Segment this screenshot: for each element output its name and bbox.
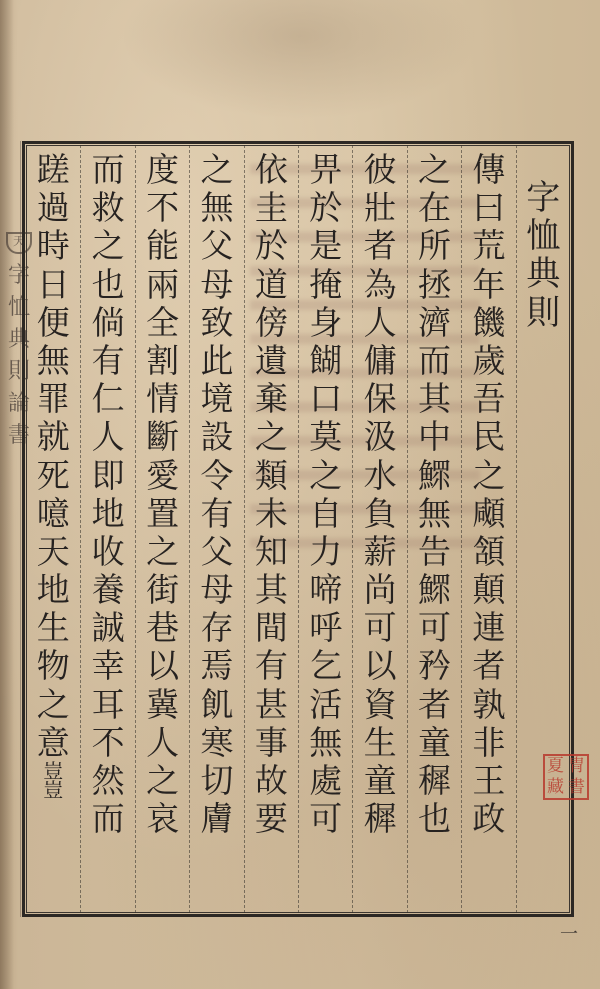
text-char: 顑 xyxy=(472,495,505,533)
text-char: 於 xyxy=(255,227,288,265)
text-char: 無 xyxy=(200,189,233,227)
text-char: 也 xyxy=(92,266,125,304)
spine-shadow xyxy=(0,0,14,989)
water-stain xyxy=(120,0,480,120)
text-char: 日 xyxy=(37,266,70,304)
text-column: 彼壯者為人傭保汲水負薪尚可以資生童穉 xyxy=(352,145,406,913)
text-char: 幸 xyxy=(92,647,125,685)
text-columns: 字恤典則傳曰荒年饑歲吾民之顑頷顛連者孰非王政之在所拯濟而其中鰥無告鰥可矜者童穉也… xyxy=(26,145,570,913)
text-char: 母 xyxy=(200,571,233,609)
text-char: 保 xyxy=(364,380,397,418)
text-char: 仁 xyxy=(92,380,125,418)
seal-char: 書 xyxy=(566,777,587,798)
text-char: 身 xyxy=(309,304,342,342)
text-char: 便 xyxy=(37,304,70,342)
text-char: 地 xyxy=(37,571,70,609)
text-char: 以 xyxy=(364,647,397,685)
text-char: 在 xyxy=(418,189,451,227)
text-char: 無 xyxy=(418,495,451,533)
text-char: 啼 xyxy=(309,571,342,609)
text-char: 死 xyxy=(37,457,70,495)
text-char: 汲 xyxy=(364,418,397,456)
text-char: 生 xyxy=(364,724,397,762)
text-char: 歲 xyxy=(472,342,505,380)
text-char: 類 xyxy=(255,457,288,495)
text-char: 而 xyxy=(418,342,451,380)
text-char: 有 xyxy=(92,342,125,380)
text-char: 生 xyxy=(37,609,70,647)
text-char: 街 xyxy=(146,571,179,609)
text-char: 倘 xyxy=(92,304,125,342)
collector-seal: 夏冑藏書 xyxy=(543,754,589,800)
text-char: 母 xyxy=(200,266,233,304)
text-char: 物 xyxy=(37,647,70,685)
text-char: 自 xyxy=(309,495,342,533)
title-char: 則 xyxy=(526,294,560,332)
text-char: 頷 xyxy=(472,533,505,571)
text-char: 飢 xyxy=(200,686,233,724)
title-char: 典 xyxy=(526,255,560,293)
text-char: 蹉 xyxy=(37,151,70,189)
text-char: 置 xyxy=(146,495,179,533)
text-char: 致 xyxy=(200,304,233,342)
text-char: 政 xyxy=(472,800,505,838)
text-char: 可 xyxy=(418,609,451,647)
text-char: 之 xyxy=(309,457,342,495)
text-char: 間 xyxy=(255,609,288,647)
text-char: 王 xyxy=(472,762,505,800)
text-char: 不 xyxy=(146,189,179,227)
text-char: 不 xyxy=(92,724,125,762)
text-char: 依 xyxy=(255,151,288,189)
text-char: 人 xyxy=(364,304,397,342)
text-char: 所 xyxy=(418,227,451,265)
text-char: 薪 xyxy=(364,533,397,571)
text-char: 即 xyxy=(92,457,125,495)
text-char: 也 xyxy=(418,800,451,838)
text-char: 莫 xyxy=(309,418,342,456)
text-char: 而 xyxy=(92,151,125,189)
text-char: 處 xyxy=(309,762,342,800)
text-column: 之在所拯濟而其中鰥無告鰥可矜者童穉也 xyxy=(407,145,461,913)
text-char: 可 xyxy=(364,609,397,647)
text-char: 要 xyxy=(255,800,288,838)
text-char: 父 xyxy=(200,227,233,265)
text-char: 曰 xyxy=(472,189,505,227)
text-char: 者 xyxy=(364,227,397,265)
text-char: 豈 xyxy=(43,781,63,800)
text-char: 顛 xyxy=(472,571,505,609)
text-char: 鰥 xyxy=(418,571,451,609)
text-char: 巷 xyxy=(146,609,179,647)
text-char: 荒 xyxy=(472,227,505,265)
text-char: 之 xyxy=(418,151,451,189)
text-char: 其 xyxy=(418,380,451,418)
text-char: 耳 xyxy=(92,686,125,724)
text-char: 之 xyxy=(200,151,233,189)
text-char: 水 xyxy=(364,457,397,495)
page-number: 一 xyxy=(560,920,578,946)
text-char: 切 xyxy=(200,762,233,800)
text-char: 民 xyxy=(472,418,505,456)
seal-char: 藏 xyxy=(545,777,566,798)
text-char: 遺 xyxy=(255,342,288,380)
text-char: 罪 xyxy=(37,380,70,418)
text-char: 知 xyxy=(255,533,288,571)
text-char: 度 xyxy=(146,151,179,189)
seal-char: 冑 xyxy=(566,756,587,777)
text-char: 割 xyxy=(146,342,179,380)
text-char: 中 xyxy=(418,418,451,456)
text-char: 彼 xyxy=(364,151,397,189)
title-char: 恤 xyxy=(526,217,560,255)
text-char: 童 xyxy=(364,762,397,800)
text-char: 之 xyxy=(146,762,179,800)
text-char: 乞 xyxy=(309,647,342,685)
text-char: 餬 xyxy=(309,342,342,380)
text-char: 拯 xyxy=(418,266,451,304)
text-char: 資 xyxy=(364,686,397,724)
text-char: 全 xyxy=(146,304,179,342)
text-char: 非 xyxy=(472,724,505,762)
text-char: 有 xyxy=(200,495,233,533)
text-char: 時 xyxy=(37,227,70,265)
text-column: 度不能兩全割情斷愛置之街巷以冀人之哀 xyxy=(135,145,189,913)
text-column: 而救之也倘有仁人即地收養誠幸耳不然而 xyxy=(80,145,134,913)
text-char: 呼 xyxy=(309,609,342,647)
text-char: 冀 xyxy=(146,686,179,724)
text-char: 活 xyxy=(309,686,342,724)
text-char: 過 xyxy=(37,189,70,227)
text-char: 人 xyxy=(92,418,125,456)
text-char: 有 xyxy=(255,647,288,685)
text-char: 童 xyxy=(418,724,451,762)
text-column: 畀於是掩身餬口莫之自力啼呼乞活無處可 xyxy=(298,145,352,913)
text-char: 之 xyxy=(37,686,70,724)
text-char: 之 xyxy=(472,457,505,495)
text-char: 未 xyxy=(255,495,288,533)
text-char: 甚 xyxy=(255,686,288,724)
text-char: 事 xyxy=(255,724,288,762)
text-char: 告 xyxy=(418,533,451,571)
title-char: 字 xyxy=(526,179,560,217)
text-char: 濟 xyxy=(418,304,451,342)
text-char: 膚 xyxy=(200,800,233,838)
text-char: 矜 xyxy=(418,647,451,685)
text-char: 為 xyxy=(364,266,397,304)
text-char: 傍 xyxy=(255,304,288,342)
text-char: 力 xyxy=(309,533,342,571)
text-column: 傳曰荒年饑歲吾民之顑頷顛連者孰非王政 xyxy=(461,145,515,913)
text-char: 父 xyxy=(200,533,233,571)
text-char: 故 xyxy=(255,762,288,800)
text-char: 棄 xyxy=(255,380,288,418)
book-page: 天 字恤典則論書 字恤典則傳曰荒年饑歲吾民之顑頷顛連者孰非王政之在所拯濟而其中鰥… xyxy=(0,0,600,989)
text-char: 穉 xyxy=(418,762,451,800)
text-char: 就 xyxy=(37,418,70,456)
text-char: 斷 xyxy=(146,418,179,456)
text-char: 噫 xyxy=(37,495,70,533)
text-char: 是 xyxy=(309,227,342,265)
text-char: 年 xyxy=(472,266,505,304)
text-char: 之 xyxy=(146,533,179,571)
text-char: 負 xyxy=(364,495,397,533)
text-char: 救 xyxy=(92,189,125,227)
text-char: 而 xyxy=(92,800,125,838)
text-char: 情 xyxy=(146,380,179,418)
text-char: 孰 xyxy=(472,686,505,724)
text-char: 愛 xyxy=(146,457,179,495)
text-char: 壯 xyxy=(364,189,397,227)
text-char: 意 xyxy=(37,724,70,762)
text-char: 地 xyxy=(92,495,125,533)
text-char: 饑 xyxy=(472,304,505,342)
text-char: 養 xyxy=(92,571,125,609)
text-char: 於 xyxy=(309,189,342,227)
text-char: 鰥 xyxy=(418,457,451,495)
text-char: 畀 xyxy=(309,151,342,189)
text-char: 設 xyxy=(200,418,233,456)
text-char: 令 xyxy=(200,457,233,495)
text-char: 境 xyxy=(200,380,233,418)
text-char: 其 xyxy=(255,571,288,609)
text-column: 蹉過時日便無罪就死噫天地生物之意豈豈 xyxy=(26,145,80,913)
text-char: 圭 xyxy=(255,189,288,227)
text-char: 兩 xyxy=(146,266,179,304)
text-char: 能 xyxy=(146,227,179,265)
text-char: 者 xyxy=(472,647,505,685)
text-char: 傭 xyxy=(364,342,397,380)
text-char: 此 xyxy=(200,342,233,380)
text-char: 道 xyxy=(255,266,288,304)
seal-char: 夏 xyxy=(545,756,566,777)
text-char: 無 xyxy=(309,724,342,762)
text-char: 誠 xyxy=(92,609,125,647)
text-char: 存 xyxy=(200,609,233,647)
text-char: 收 xyxy=(92,533,125,571)
text-column: 之無父母致此境設令有父母存焉飢寒切膚 xyxy=(189,145,243,913)
text-char: 掩 xyxy=(309,266,342,304)
text-char: 尚 xyxy=(364,571,397,609)
text-char: 吾 xyxy=(472,380,505,418)
text-char: 以 xyxy=(146,647,179,685)
text-char: 天 xyxy=(37,533,70,571)
text-char: 可 xyxy=(309,800,342,838)
text-char: 然 xyxy=(92,762,125,800)
text-char: 者 xyxy=(418,686,451,724)
text-char: 穉 xyxy=(364,800,397,838)
text-column: 依圭於道傍遺棄之類未知其間有甚事故要 xyxy=(244,145,298,913)
text-char: 之 xyxy=(255,418,288,456)
text-char: 焉 xyxy=(200,647,233,685)
text-char: 無 xyxy=(37,342,70,380)
text-char: 寒 xyxy=(200,724,233,762)
text-char: 哀 xyxy=(146,800,179,838)
text-char: 人 xyxy=(146,724,179,762)
text-char: 口 xyxy=(309,380,342,418)
text-char: 之 xyxy=(92,227,125,265)
text-char: 連 xyxy=(472,609,505,647)
text-char: 傳 xyxy=(472,151,505,189)
